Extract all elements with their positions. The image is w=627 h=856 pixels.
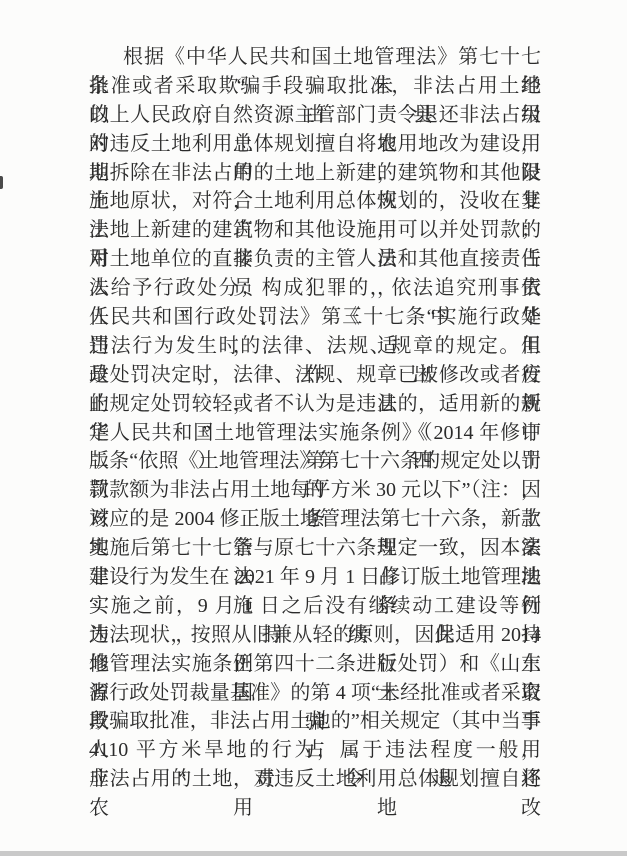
text-line: 4110 平方米旱地的行为，属于违法程度一般，应“责令退还: [89, 736, 541, 765]
text-line: 实施之前，9 月 1 日之后没有继续动工建设等行为，持续保持: [89, 592, 541, 621]
text-line: 实施后第七十七条与原七十六条规定一致，因本案非法占地: [89, 534, 541, 563]
left-edge-scan-mark: [0, 176, 3, 189]
text-line: 用土地单位的直接负责的主管人员和其他直接责任人员，依: [89, 245, 541, 274]
text-line: 批准或者采取欺骗手段骗取批准，非法占用土地的，由县级: [89, 72, 541, 101]
text-line: 法给予行政处分；构成犯罪的，依法追究刑事责任”、《中华: [89, 274, 541, 303]
text-line: 源行政处罚裁量基准》的第 4 项“未经批准或者采取欺骗手: [89, 679, 541, 708]
legal-text-paragraph: 根据《中华人民共和国土地管理法》第七十七条“未经批准或者采取欺骗手段骗取批准，非…: [89, 43, 541, 794]
text-line: 土地原状，对符合土地利用总体规划的，没收在非法占用的: [89, 187, 541, 216]
text-line: 期拆除在非法占用的土地上新建的建筑物和其他设施，恢复: [89, 159, 541, 188]
text-line: 人民共和国行政处罚法》第三十七条“实施行政处罚，适用: [89, 303, 541, 332]
text-line: 华人民共和国土地管理法实施条例》（2014 年修订版）第四十: [89, 419, 541, 448]
text-line: 罚款额为非法占用土地每平方米 30 元以下”（注：因该条款: [89, 476, 541, 505]
text-line: 以上人民政府自然资源主管部门责令退还非法占用的土地，: [89, 101, 541, 130]
text-line: 违法行为发生时的法律、法规、规章的规定。但是，作出行: [89, 332, 541, 361]
text-line: 非法占用的土地，对违反土地利用总体规划擅自将农用地改: [89, 765, 541, 794]
text-line: 对违反土地利用总体规划擅自将农用地改为建设用地的，限: [89, 130, 541, 159]
text-line: 土地上新建的建筑物和其他设施，可以并处罚款；对非法占: [89, 216, 541, 245]
text-line: 根据《中华人民共和国土地管理法》第七十七条“未经: [89, 43, 541, 72]
text-line: 建设行为发生在 2021 年 9 月 1 日修订版土地管理法实施条例: [89, 563, 541, 592]
text-line: 的规定处罚较轻或者不认为是违法的，适用新的规定”、《中: [89, 390, 541, 419]
document-page: 根据《中华人民共和国土地管理法》第七十七条“未经批准或者采取欺骗手段骗取批准，非…: [0, 0, 627, 856]
text-line: 二条“依照《土地管理法》第七十六条的规定处以罚款的，: [89, 447, 541, 476]
text-line: 对应的是 2004 修正版土地管理法第七十六条，新土地管理法: [89, 505, 541, 534]
text-line: 政处罚决定时，法律、法规、规章已被修改或者废止，且新: [89, 361, 541, 390]
text-line: 段骗取批准，非法占用土地的”相关规定（其中当事人占用: [89, 707, 541, 736]
text-line: 地管理法实施条例第四十二条进行处罚）和《山东省国土资: [89, 650, 541, 679]
text-line: 违法现状，按照从旧兼从轻的原则，因此适用 2014 修正版土: [89, 621, 541, 650]
bottom-scan-edge: [0, 851, 627, 856]
